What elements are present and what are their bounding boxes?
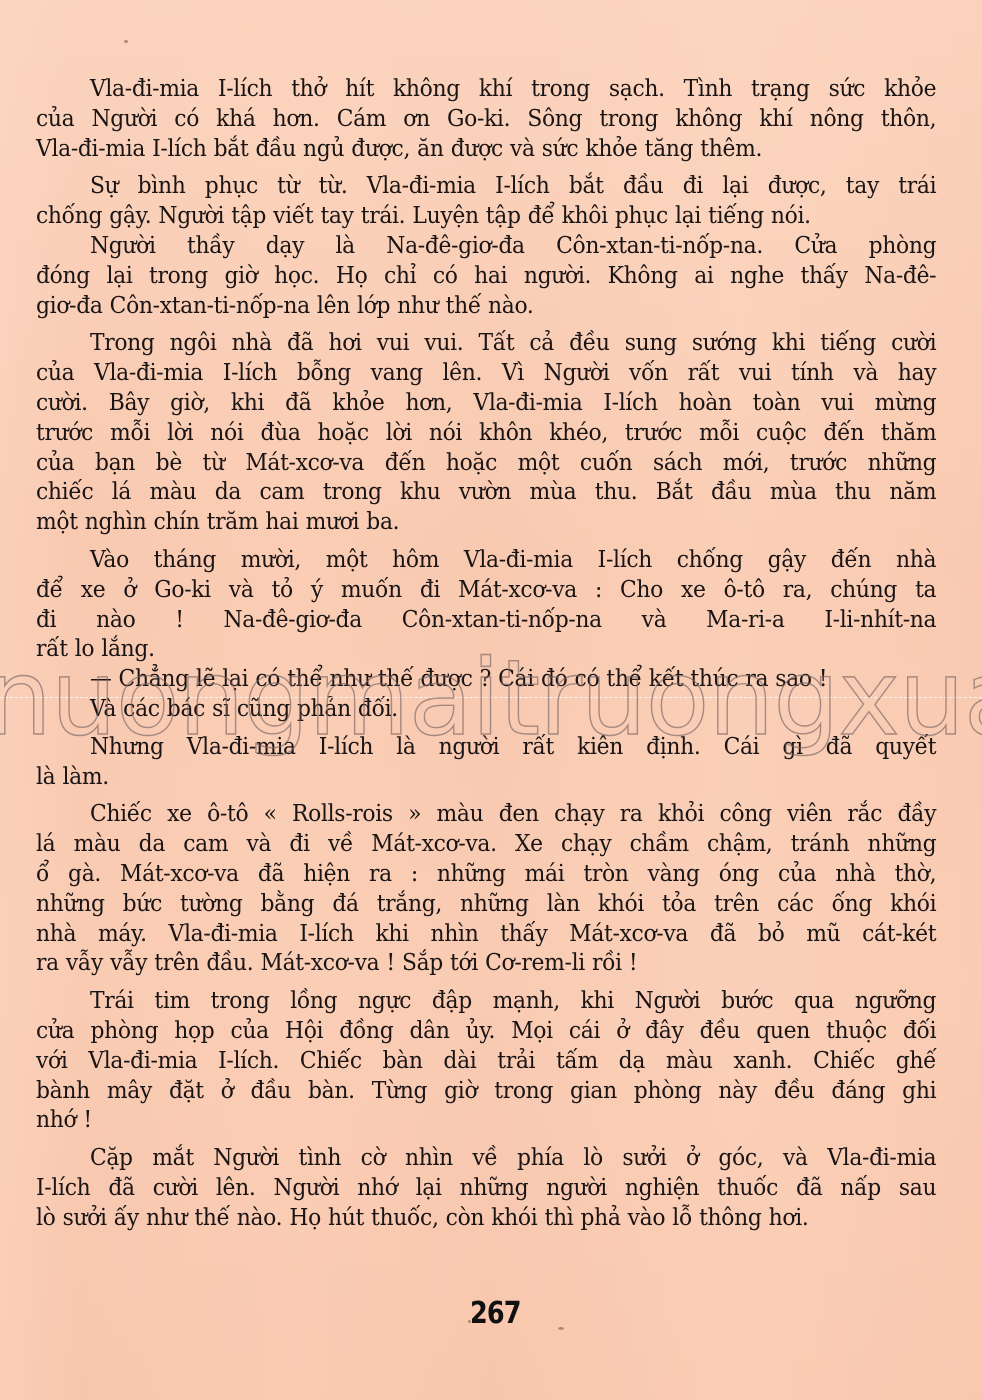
paragraph-8: Nhưng Vla-đi-mia I-lích là người rất kiê… [36,732,936,792]
text-line: lò sưởi ấy như thế nào. Họ hút thuốc, cò… [36,1203,936,1233]
text-line: nhớ ! [36,1105,936,1135]
paragraph-2: Sự bình phục từ từ. Vla-đi-mia I-lích bắ… [36,171,936,231]
text-line: nhà máy. Vla-đi-mia I-lích khi nhìn thấy… [36,919,936,949]
book-page: Vla-đi-mia I-lích thở hít không khí tron… [0,0,982,1400]
paragraph-5: Vào tháng mười, một hôm Vla-đi-mia I-líc… [36,545,936,664]
text-line: của bạn bè từ Mát-xcơ-va đến hoặc một cu… [36,448,936,478]
paper-speck [558,1327,564,1330]
text-line: chiếc lá màu da cam trong khu vườn mùa t… [36,477,936,507]
text-line: Trong ngôi nhà đã hơi vui vui. Tất cả đề… [36,328,936,358]
text-line: Nhưng Vla-đi-mia I-lích là người rất kiê… [36,732,936,762]
text-line: cười. Bây giờ, khi đã khỏe hơn, Vla-đi-m… [36,388,936,418]
text-line: một nghìn chín trăm hai mươi ba. [36,507,936,537]
paragraph-4: Trong ngôi nhà đã hơi vui vui. Tất cả đề… [36,328,936,537]
text-line: đi nào ! Na-đê-giơ-đa Côn-xtan-ti-nốp-na… [36,605,936,635]
text-line: I-lích đã cười lên. Người nhớ lại những … [36,1173,936,1203]
paragraph-3: Người thầy dạy là Na-đê-giơ-đa Côn-xtan-… [36,231,936,320]
text-line: — Chẳng lẽ lại có thể như thế được ? Cái… [36,664,936,694]
text-line: lá màu da cam và đi về Mát-xcơ-va. Xe ch… [36,829,936,859]
text-line: là làm. [36,762,936,792]
paper-speck [468,1320,471,1323]
text-line: Vào tháng mười, một hôm Vla-đi-mia I-líc… [36,545,936,575]
text-line: Người thầy dạy là Na-đê-giơ-đa Côn-xtan-… [36,231,936,261]
text-line: Trái tim trong lồng ngực đập mạnh, khi N… [36,986,936,1016]
text-line: trước mỗi lời nói đùa hoặc lời nói khôn … [36,418,936,448]
text-line: Chiếc xe ô-tô « Rolls-rois » màu đen chạ… [36,799,936,829]
text-line: rất lo lắng. [36,634,936,664]
body-text: Vla-đi-mia I-lích thở hít không khí tron… [36,74,936,1232]
text-line: giơ-đa Côn-xtan-ti-nốp-na lên lớp như th… [36,291,936,321]
text-line: của Vla-đi-mia I-lích bỗng vang lên. Vì … [36,358,936,388]
text-line: Sự bình phục từ từ. Vla-đi-mia I-lích bắ… [36,171,936,201]
paragraph-9: Chiếc xe ô-tô « Rolls-rois » màu đen chạ… [36,799,936,978]
text-line: với Vla-đi-mia I-lích. Chiếc bàn dài trả… [36,1046,936,1076]
text-line: để xe ở Go-ki và tỏ ý muốn đi Mát-xcơ-va… [36,575,936,605]
text-line: chống gậy. Người tập viết tay trái. Luyệ… [36,201,936,231]
paper-speck [124,40,128,43]
text-line: Vla-đi-mia I-lích thở hít không khí tron… [36,74,936,104]
text-line: bành mây đặt ở đầu bàn. Từng giờ trong g… [36,1076,936,1106]
paragraph-6-dialogue: — Chẳng lẽ lại có thể như thế được ? Cái… [36,664,936,694]
text-line: cửa phòng họp của Hội đồng dân ủy. Mọi c… [36,1016,936,1046]
text-line: Cặp mắt Người tình cờ nhìn về phía lò sư… [36,1143,936,1173]
text-line: Vla-đi-mia I-lích bắt đầu ngủ được, ăn đ… [36,134,936,164]
paragraph-7: Và các bác sĩ cũng phản đối. [36,694,936,724]
paragraph-11: Cặp mắt Người tình cờ nhìn về phía lò sư… [36,1143,936,1232]
text-line: những bức tường bằng đá trắng, những làn… [36,889,936,919]
text-line: của Người có khá hơn. Cám ơn Go-ki. Sông… [36,104,936,134]
page-number: 267 [470,1296,521,1331]
text-line: ổ gà. Mát-xcơ-va đã hiện ra : những mái … [36,859,936,889]
text-line: Và các bác sĩ cũng phản đối. [36,694,936,724]
text-line: ra vẫy vẫy trên đầu. Mát-xcơ-va ! Sắp tớ… [36,948,936,978]
paragraph-1: Vla-đi-mia I-lích thở hít không khí tron… [36,74,936,163]
text-line: đóng lại trong giờ học. Họ chỉ có hai ng… [36,261,936,291]
paragraph-10: Trái tim trong lồng ngực đập mạnh, khi N… [36,986,936,1135]
